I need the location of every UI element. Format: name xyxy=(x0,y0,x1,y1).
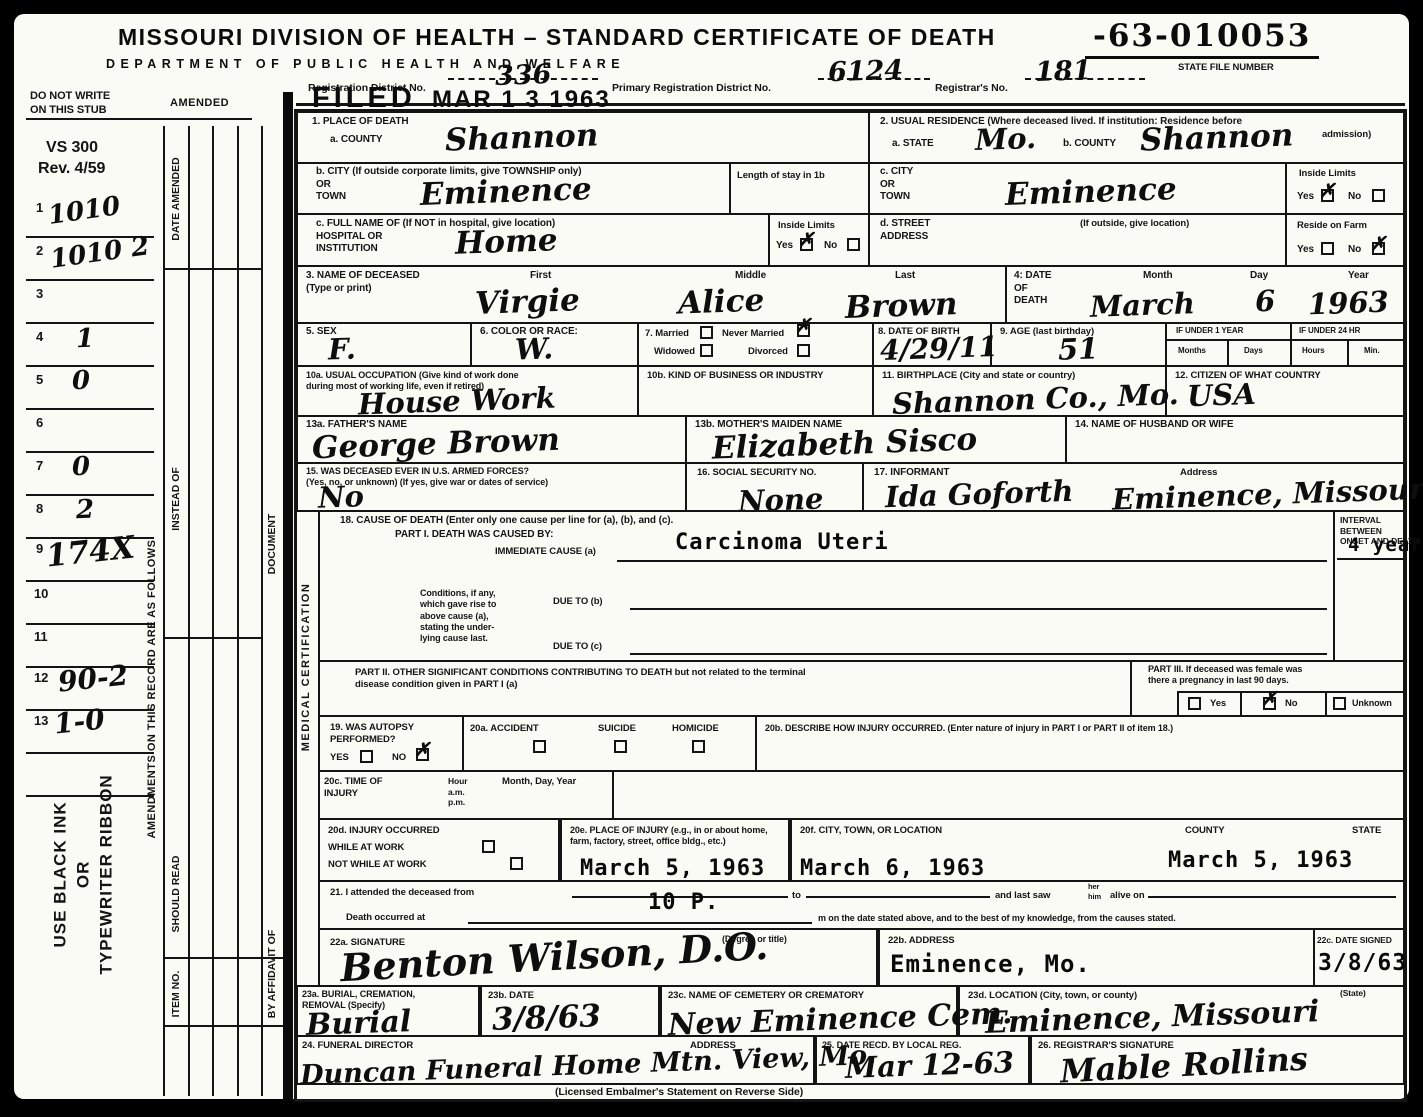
grid-line xyxy=(1347,339,1349,365)
not-while-at-work-label: NOT WHILE AT WORK xyxy=(328,859,427,871)
injury-state-label: STATE xyxy=(1352,825,1381,837)
injury-occurred-label: 20d. INJURY OCCURRED xyxy=(328,825,440,837)
stub-row-num: 4 xyxy=(36,329,43,345)
cemetery-label: 23c. NAME OF CEMETERY OR CREMATORY xyxy=(668,990,864,1002)
grid-line xyxy=(163,268,263,270)
grid-line xyxy=(1130,660,1132,717)
farm-no-label: No xyxy=(1348,244,1361,257)
stub-row-value: 1-0 xyxy=(52,702,106,740)
immediate-cause-line xyxy=(617,560,1327,562)
date-signed-value: 3/8/63 xyxy=(1318,950,1407,976)
not-while-at-work-checkbox xyxy=(510,857,523,870)
business-industry-label: 10b. KIND OF BUSINESS OR INDUSTRY xyxy=(647,370,823,382)
accident-label: 20a. ACCIDENT xyxy=(470,723,539,735)
stub-row-num: 12 xyxy=(34,670,48,686)
widowed-checkbox xyxy=(700,344,713,357)
county-2-value: Shannon xyxy=(1139,117,1293,158)
funeral-director-label: 24. FUNERAL DIRECTOR xyxy=(302,1040,413,1052)
city-2-label: c. CITY OR TOWN xyxy=(880,166,913,204)
stub-row-value: 1 xyxy=(75,324,94,355)
state-file-number: -63-010053 xyxy=(1085,18,1319,59)
injury-city-label: 20f. CITY, TOWN, OR LOCATION xyxy=(800,825,942,837)
check-mark: ✗ xyxy=(795,315,811,337)
day-label: Day xyxy=(1250,270,1268,283)
inside-limits-2-yes-label: Yes xyxy=(1297,191,1314,204)
date-amended-label: DATE AMENDED xyxy=(170,134,182,264)
stub-row-line xyxy=(26,451,154,453)
months-label: Months xyxy=(1178,346,1206,356)
grid-line xyxy=(1333,510,1335,662)
pregnancy-yes-label: Yes xyxy=(1210,698,1226,710)
first-name-value: Virgie xyxy=(474,282,580,322)
check-mark: ✗ xyxy=(414,739,430,761)
conditions-note: Conditions, if any, which gave rise to a… xyxy=(420,588,496,644)
use-black-ink-label: USE BLACK INK OR TYPEWRITER RIBBON xyxy=(50,739,119,1009)
death-time-value: 10 P. xyxy=(648,890,719,915)
stub-row-line xyxy=(26,408,154,410)
death-year-value: 1963 xyxy=(1307,285,1389,322)
check-mark: ✗ xyxy=(1370,233,1386,255)
farm-yes-label: Yes xyxy=(1297,244,1314,257)
grid-line xyxy=(163,637,263,639)
grid-line xyxy=(163,126,165,1096)
burial-date-value: 3/8/63 xyxy=(491,998,601,1038)
inside-limits-2-no-checkbox xyxy=(1372,189,1385,202)
certificate-title: MISSOURI DIVISION OF HEALTH – STANDARD C… xyxy=(118,24,996,51)
hours-label: Hours xyxy=(1302,346,1325,356)
death-occurred-label: Death occurred at xyxy=(346,912,425,924)
pregnancy-no-label: No xyxy=(1285,698,1297,710)
stub-row-num: 10 xyxy=(34,586,48,602)
document-label: DOCUMENT xyxy=(266,489,278,599)
street-address-hint: (If outside, give location) xyxy=(1080,218,1189,230)
attended-label: 21. I attended the deceased from xyxy=(330,887,474,899)
divorced-checkbox xyxy=(797,344,810,357)
month-label: Month xyxy=(1143,270,1173,283)
stub-row-num: 7 xyxy=(36,458,43,474)
primary-district-label: Primary Registration District No. xyxy=(612,82,771,95)
amendments-label: AMENDMENTS ON THIS RECORD ARE AS FOLLOWS xyxy=(146,369,158,1009)
primary-district-value: 6124 xyxy=(827,55,903,89)
grid-line xyxy=(188,126,190,1096)
stub-form-divider xyxy=(283,92,293,1100)
grid-line xyxy=(1177,691,1405,693)
citizen-value: USA xyxy=(1186,377,1256,413)
inside-limits-1-yes-checkbox: ✗ xyxy=(800,238,813,251)
informant-address-label: Address xyxy=(1180,467,1217,479)
stub-row-line xyxy=(26,279,154,281)
cell-street-address xyxy=(868,213,1287,267)
pregnancy-unknown-checkbox xyxy=(1333,697,1346,710)
due-to-c-line xyxy=(630,653,1327,655)
grid-line xyxy=(612,770,614,820)
injury-county-label: COUNTY xyxy=(1185,825,1225,837)
cemetery-location-state-label: (State) xyxy=(1340,988,1366,999)
state-value: Mo. xyxy=(974,121,1036,157)
stub-row-line xyxy=(26,365,154,367)
inside-limits-1-no-checkbox xyxy=(847,238,860,251)
last-name-value: Brown xyxy=(844,286,958,326)
how-injury-occurred-label: 20b. DESCRIBE HOW INJURY OCCURRED. (Ente… xyxy=(765,723,1173,734)
while-at-work-label: WHILE AT WORK xyxy=(328,842,404,854)
part2-label: PART II. OTHER SIGNIFICANT CONDITIONS CO… xyxy=(355,667,806,691)
stub-row-value: 0 xyxy=(71,366,90,397)
embalmer-statement-footer: (Licensed Embalmer's Statement on Revers… xyxy=(555,1086,803,1099)
interval-value: 4 years xyxy=(1348,534,1423,556)
time-of-injury-label: 20c. TIME OF INJURY xyxy=(324,776,382,800)
stub-row-num: 3 xyxy=(36,286,43,302)
married-label: 7. Married xyxy=(645,328,689,340)
him-label: him xyxy=(1088,892,1101,901)
stub-row-num: 11 xyxy=(34,629,48,645)
stub-row-line xyxy=(26,580,154,582)
grid-line xyxy=(1177,691,1179,717)
last-saw-label: and last saw xyxy=(995,890,1050,902)
stub-row-value: 2 xyxy=(75,495,94,526)
inside-limits-2-label: Inside Limits xyxy=(1299,168,1356,180)
homicide-checkbox xyxy=(692,740,705,753)
use-black-ink-line2: OR xyxy=(74,861,93,889)
cemetery-location-label: 23d. LOCATION (City, town, or county) xyxy=(968,990,1137,1002)
attended-to-value: March 6, 1963 xyxy=(800,856,985,881)
never-married-label: Never Married xyxy=(722,328,784,340)
husband-or-wife-label: 14. NAME OF HUSBAND OR WIFE xyxy=(1075,419,1233,432)
death-occurred-rest-label: m on the date stated above, and to the b… xyxy=(818,913,1176,924)
stub-row-value: 90-2 xyxy=(56,658,129,698)
signature-address-label: 22b. ADDRESS xyxy=(888,935,955,947)
city-2-value: Eminence xyxy=(1004,171,1177,213)
registrar-no-label: Registrar's No. xyxy=(935,82,1008,95)
month-day-year-label: Month, Day, Year xyxy=(502,776,576,788)
stub-row-num: 1 xyxy=(36,200,43,216)
suicide-checkbox xyxy=(614,740,627,753)
accident-checkbox xyxy=(533,740,546,753)
suicide-label: SUICIDE xyxy=(598,723,636,735)
married-checkbox xyxy=(700,326,713,339)
use-black-ink-line3: TYPEWRITER RIBBON xyxy=(96,774,115,974)
certificate-content: MISSOURI DIVISION OF HEALTH – STANDARD C… xyxy=(0,0,1423,1117)
pregnancy-unknown-label: Unknown xyxy=(1352,698,1392,709)
place-of-death-label: 1. PLACE OF DEATH xyxy=(312,116,408,129)
first-name-label: First xyxy=(530,270,551,283)
check-mark: ✗ xyxy=(1319,180,1335,202)
due-to-b-line xyxy=(630,608,1327,610)
immediate-cause-value: Carcinoma Uteri xyxy=(675,530,889,555)
cell-time-of-injury xyxy=(318,770,1405,820)
farm-no-checkbox: ✗ xyxy=(1372,242,1385,255)
attended-to-line xyxy=(806,896,990,898)
form-code: VS 300 xyxy=(46,138,98,158)
instead-of-label: INSTEAD OF xyxy=(170,434,182,564)
death-month-value: March xyxy=(1089,286,1195,324)
autopsy-no-label: NO xyxy=(392,752,406,764)
usual-residence-label2: admission) xyxy=(1322,129,1371,141)
name-of-deceased-label: 3. NAME OF DECEASED (Type or print) xyxy=(306,270,420,295)
inside-limits-1-no-label: No xyxy=(824,240,837,253)
hour-am-pm-label: Hour a.m. p.m. xyxy=(448,776,467,808)
pregnancy-no-checkbox: ✗ xyxy=(1263,697,1276,710)
homicide-label: HOMICIDE xyxy=(672,723,719,735)
never-married-checkbox: ✗ xyxy=(797,324,810,337)
stub-row-num: 9 xyxy=(36,541,43,557)
immediate-cause-label: IMMEDIATE CAUSE (a) xyxy=(495,546,596,558)
age-value: 51 xyxy=(1057,331,1099,366)
place-of-injury-label: 20e. PLACE OF INJURY (e.g., in or about … xyxy=(570,825,768,848)
grid-line xyxy=(261,126,263,1096)
divorced-label: Divorced xyxy=(748,346,788,358)
stub-row-num: 2 xyxy=(36,243,43,259)
county-1-label: a. COUNTY xyxy=(330,134,382,147)
signature-address-value: Eminence, Mo. xyxy=(890,950,1091,978)
city-1-value: Eminence xyxy=(419,171,592,213)
informant-value: Ida Goforth xyxy=(884,474,1073,515)
farm-yes-checkbox xyxy=(1321,242,1334,255)
due-to-c-label: DUE TO (c) xyxy=(553,641,602,653)
cause-of-death-label: 18. CAUSE OF DEATH (Enter only one cause… xyxy=(340,515,673,528)
hospital-value: Home xyxy=(454,222,558,262)
year-label: Year xyxy=(1348,270,1369,283)
street-address-label: d. STREET ADDRESS xyxy=(880,218,930,243)
to-label: to xyxy=(792,890,801,902)
inside-limits-2-no-label: No xyxy=(1348,191,1361,204)
grid-line xyxy=(237,126,239,1096)
part1-label: PART I. DEATH WAS CAUSED BY: xyxy=(395,529,553,542)
autopsy-yes-checkbox xyxy=(360,750,373,763)
reside-farm-label: Reside on Farm xyxy=(1297,220,1367,232)
alive-on-label: alive on xyxy=(1110,890,1145,902)
check-mark: ✗ xyxy=(1261,688,1277,710)
form-revision: Rev. 4/59 xyxy=(38,159,105,179)
stub-row-line xyxy=(26,623,154,625)
her-label: her xyxy=(1088,882,1099,891)
pregnancy-yes-checkbox xyxy=(1188,697,1201,710)
death-day-value: 6 xyxy=(1254,284,1275,319)
last-seen-value: March 5, 1963 xyxy=(1168,848,1353,873)
stub-row-value: 0 xyxy=(71,452,90,483)
county-1-value: Shannon xyxy=(444,117,598,158)
stub-row-num: 6 xyxy=(36,415,43,431)
min-label: Min. xyxy=(1364,346,1380,356)
attended-from-value: March 5, 1963 xyxy=(580,856,765,881)
stub-row-num: 5 xyxy=(36,372,43,388)
stub-row-value: 174X xyxy=(44,529,136,574)
due-to-b-label: DUE TO (b) xyxy=(553,596,603,608)
medical-certification-label: MEDICAL CERTIFICATION xyxy=(300,502,312,832)
widowed-label: Widowed xyxy=(654,346,695,358)
autopsy-label: 19. WAS AUTOPSY PERFORMED? xyxy=(330,722,414,746)
middle-name-label: Middle xyxy=(735,270,766,283)
date-received-value: Mar 12-63 xyxy=(844,1045,1014,1085)
item-no-label: ITEM NO. xyxy=(170,929,182,1059)
birthplace-label: 11. BIRTHPLACE (City and state or countr… xyxy=(882,370,1075,382)
state-label: a. STATE xyxy=(892,138,934,151)
amended-label: AMENDED xyxy=(170,97,229,111)
last-seen-line xyxy=(1148,896,1396,898)
length-of-stay-label: Length of stay in 1b xyxy=(737,170,825,182)
if-under-24-hr-label: IF UNDER 24 HR xyxy=(1299,326,1360,336)
date-signed-label: 22c. DATE SIGNED xyxy=(1317,935,1392,946)
middle-name-value: Alice xyxy=(677,283,764,322)
color-race-value: W. xyxy=(514,331,553,366)
by-affidavit-label: BY AFFIDAVIT OF xyxy=(266,909,278,1039)
inside-limits-2-yes-checkbox: ✗ xyxy=(1321,189,1334,202)
stub-row-num: 8 xyxy=(36,501,43,517)
stub-row-value: 1010 xyxy=(46,191,122,231)
date-of-death-label: 4: DATE OF DEATH xyxy=(1014,270,1051,308)
do-not-write-label: DO NOT WRITE ON THIS STUB xyxy=(30,90,110,118)
interval-line xyxy=(1337,558,1405,560)
autopsy-no-checkbox: ✗ xyxy=(416,748,429,761)
autopsy-yes-label: YES xyxy=(330,752,349,764)
days-label: Days xyxy=(1244,346,1263,356)
if-under-1-year-label: IF UNDER 1 YEAR xyxy=(1176,326,1243,336)
inside-limits-1-yes-label: Yes xyxy=(776,240,793,253)
grid-line xyxy=(1240,691,1242,717)
registrar-no-value: 181 xyxy=(1034,55,1091,88)
part3-label: PART III. If deceased was female was the… xyxy=(1148,664,1302,687)
use-black-ink-line1: USE BLACK INK xyxy=(51,801,70,947)
date-of-birth-value: 4/29/11 xyxy=(879,330,998,367)
stub-row-num: 13 xyxy=(34,713,48,729)
while-at-work-checkbox xyxy=(482,840,495,853)
check-mark: ✗ xyxy=(798,229,814,251)
state-file-number-label: STATE FILE NUMBER xyxy=(1178,62,1274,74)
last-name-label: Last xyxy=(895,270,915,283)
county-2-label: b. COUNTY xyxy=(1063,138,1116,151)
stub-header-rule xyxy=(26,118,252,120)
social-security-label: 16. SOCIAL SECURITY NO. xyxy=(697,467,816,479)
sex-value: F. xyxy=(327,332,356,367)
grid-line xyxy=(1325,691,1327,717)
grid-line xyxy=(212,126,214,1096)
death-certificate-scan: { "colors": { "paper": "#fbfbf6", "ink":… xyxy=(0,0,1423,1117)
grid-line xyxy=(1227,339,1229,365)
